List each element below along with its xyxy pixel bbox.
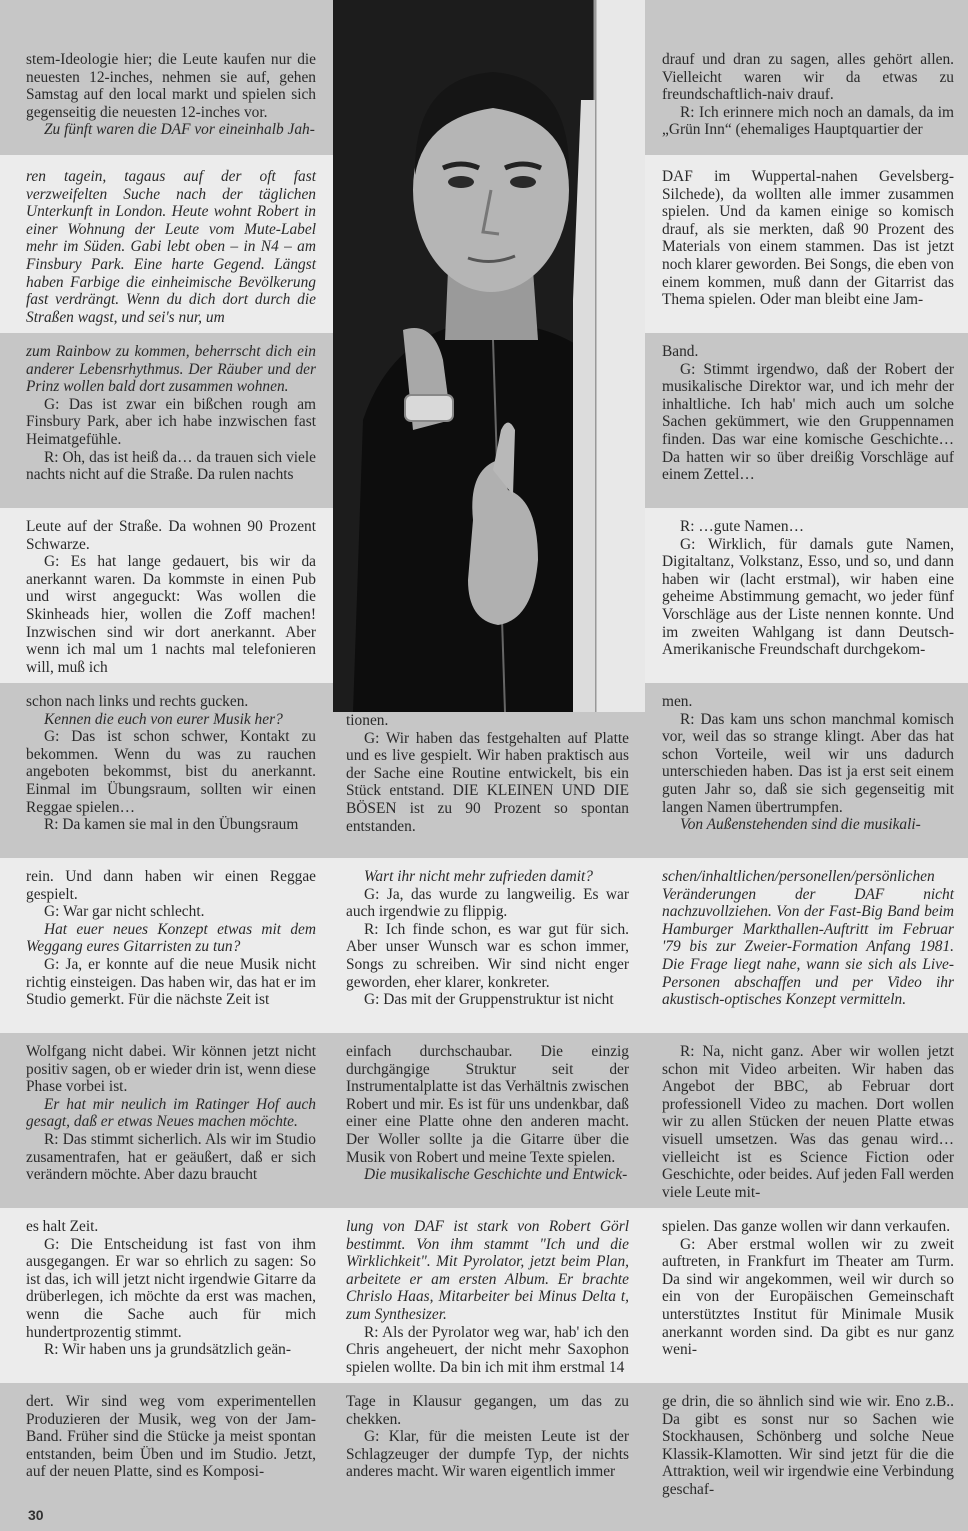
middle-block-9: Tage in Klausur gegangen, um das zu chek… — [346, 1393, 629, 1481]
answer-paragraph: G: Stimmt irgendwo, daß der Robert der m… — [662, 361, 954, 484]
answer-paragraph: DAF im Wuppertal-nahen Gevelsberg-Silche… — [662, 168, 954, 309]
answer-paragraph: R: Ich erinnere mich noch an damals, da … — [662, 104, 954, 139]
answer-paragraph: drauf und dran zu sagen, alles gehört al… — [662, 51, 954, 104]
left-block-3: zum Rainbow zu kommen, beherrscht dich e… — [26, 343, 316, 484]
question-paragraph: Er hat mir neulich im Ratinger Hof auch … — [26, 1096, 316, 1131]
right-block-2: DAF im Wuppertal-nahen Gevelsberg-Silche… — [662, 168, 954, 309]
answer-paragraph: G: Das ist schon schwer, Kontakt zu beko… — [26, 728, 316, 816]
answer-paragraph: einfach durchschaubar. Die einzig durchg… — [346, 1043, 629, 1166]
intro-paragraph: zum Rainbow zu kommen, beherrscht dich e… — [26, 343, 316, 396]
answer-paragraph: R: Das kam uns schon manchmal komisch vo… — [662, 711, 954, 817]
middle-block-7: einfach durchschaubar. Die einzig durchg… — [346, 1043, 629, 1184]
right-block-3: Band. G: Stimmt irgendwo, daß der Robert… — [662, 343, 954, 484]
middle-block-5: tionen. G: Wir haben das festgehalten au… — [346, 712, 629, 835]
question-paragraph: Hat euer neues Konzept etwas mit dem Weg… — [26, 921, 316, 956]
left-block-6: rein. Und dann haben wir einen Reggae ge… — [26, 868, 316, 1009]
answer-paragraph: G: Wirklich, für damals gute Namen, Digi… — [662, 536, 954, 659]
page-number: 30 — [28, 1507, 44, 1523]
answer-paragraph: G: Ja, das wurde zu langweilig. Es war a… — [346, 886, 629, 921]
answer-paragraph: R: Das stimmt sicherlich. Als wir im Stu… — [26, 1131, 316, 1184]
left-block-4: Leute auf der Straße. Da wohnen 90 Proze… — [26, 518, 316, 676]
answer-paragraph: R: Na, nicht ganz. Aber wir wollen jetzt… — [662, 1043, 954, 1201]
answer-paragraph: Band. — [662, 343, 954, 361]
question-paragraph: Zu fünft waren die DAF vor eineinhalb Ja… — [26, 121, 316, 139]
paragraph: stem-Ideologie hier; die Leute kaufen nu… — [26, 51, 316, 121]
question-paragraph: Wart ihr nicht mehr zufrieden damit? — [346, 868, 629, 886]
right-block-9: ge drin, die so ähnlich sind wie wir. En… — [662, 1393, 954, 1499]
left-block-8: es halt Zeit. G: Die Entscheidung ist fa… — [26, 1218, 316, 1359]
answer-paragraph: Leute auf der Straße. Da wohnen 90 Proze… — [26, 518, 316, 553]
answer-paragraph: es halt Zeit. — [26, 1218, 316, 1236]
right-block-5: men. R: Das kam uns schon manchmal komis… — [662, 693, 954, 834]
portrait-photo — [333, 0, 645, 712]
right-block-7: R: Na, nicht ganz. Aber wir wollen jetzt… — [662, 1043, 954, 1201]
answer-paragraph: R: Als der Pyrolator weg war, hab' ich d… — [346, 1324, 629, 1377]
middle-block-8: lung von DAF ist stark von Robert Görl b… — [346, 1218, 629, 1376]
right-block-4: R: …gute Namen… G: Wirklich, für damals … — [662, 518, 954, 659]
right-block-1: drauf und dran zu sagen, alles gehört al… — [662, 51, 954, 139]
question-paragraph: Kennen die euch von eurer Musik her? — [26, 711, 316, 729]
left-block-2: ren tagein, tagaus auf der oft fast verz… — [26, 168, 316, 326]
intro-paragraph: schen/inhaltlichen/personellen/persönlic… — [662, 868, 954, 1009]
right-block-8: spielen. Das ganze wollen wir dann verka… — [662, 1218, 954, 1359]
answer-paragraph: G: War gar nicht schlecht. — [26, 903, 316, 921]
answer-paragraph: G: Es hat lange gedauert, bis wir da ane… — [26, 553, 316, 676]
answer-paragraph: G: Klar, für die meisten Leute ist der S… — [346, 1428, 629, 1481]
answer-paragraph: R: Wir haben uns ja grundsätzlich geän- — [26, 1341, 316, 1359]
left-block-9: dert. Wir sind weg vom experimentellen P… — [26, 1393, 316, 1481]
answer-paragraph: G: Aber erstmal wollen wir zu zweit auft… — [662, 1236, 954, 1359]
answer-paragraph: Wolfgang nicht dabei. Wir können jetzt n… — [26, 1043, 316, 1096]
middle-block-6: Wart ihr nicht mehr zufrieden damit? G: … — [346, 868, 629, 1009]
question-paragraph: Von Außenstehenden sind die musikali- — [662, 816, 954, 834]
intro-paragraph: lung von DAF ist stark von Robert Görl b… — [346, 1218, 629, 1324]
answer-paragraph: G: Die Entscheidung ist fast von ihm aus… — [26, 1236, 316, 1342]
portrait-illustration — [333, 0, 645, 712]
answer-paragraph: Tage in Klausur gegangen, um das zu chek… — [346, 1393, 629, 1428]
answer-paragraph: R: Ich finde schon, es war gut für sich.… — [346, 921, 629, 991]
answer-paragraph: rein. Und dann haben wir einen Reggae ge… — [26, 868, 316, 903]
answer-paragraph: G: Wir haben das festgehalten auf Platte… — [346, 730, 629, 836]
answer-paragraph: G: Ja, er konnte auf die neue Musik nich… — [26, 956, 316, 1009]
answer-paragraph: G: Das mit der Gruppenstruktur ist nicht — [346, 991, 629, 1009]
left-block-1: stem-Ideologie hier; die Leute kaufen nu… — [26, 51, 316, 139]
answer-paragraph: spielen. Das ganze wollen wir dann verka… — [662, 1218, 954, 1236]
answer-paragraph: G: Das ist zwar ein bißchen rough am Fin… — [26, 396, 316, 449]
answer-paragraph: ge drin, die so ähnlich sind wie wir. En… — [662, 1393, 954, 1499]
answer-paragraph: dert. Wir sind weg vom experimentellen P… — [26, 1393, 316, 1481]
answer-paragraph: men. — [662, 693, 954, 711]
question-paragraph: Die musikalische Geschichte und Entwick- — [346, 1166, 629, 1184]
answer-paragraph: R: Oh, das ist heiß da… da trauen sich v… — [26, 449, 316, 484]
left-block-5: schon nach links und rechts gucken. Kenn… — [26, 693, 316, 834]
answer-paragraph: R: …gute Namen… — [662, 518, 954, 536]
answer-paragraph: tionen. — [346, 712, 629, 730]
right-block-6: schen/inhaltlichen/personellen/persönlic… — [662, 868, 954, 1009]
intro-paragraph: ren tagein, tagaus auf der oft fast verz… — [26, 168, 316, 326]
answer-paragraph: R: Da kamen sie mal in den Übungsraum — [26, 816, 316, 834]
left-block-7: Wolfgang nicht dabei. Wir können jetzt n… — [26, 1043, 316, 1184]
answer-paragraph: schon nach links und rechts gucken. — [26, 693, 316, 711]
